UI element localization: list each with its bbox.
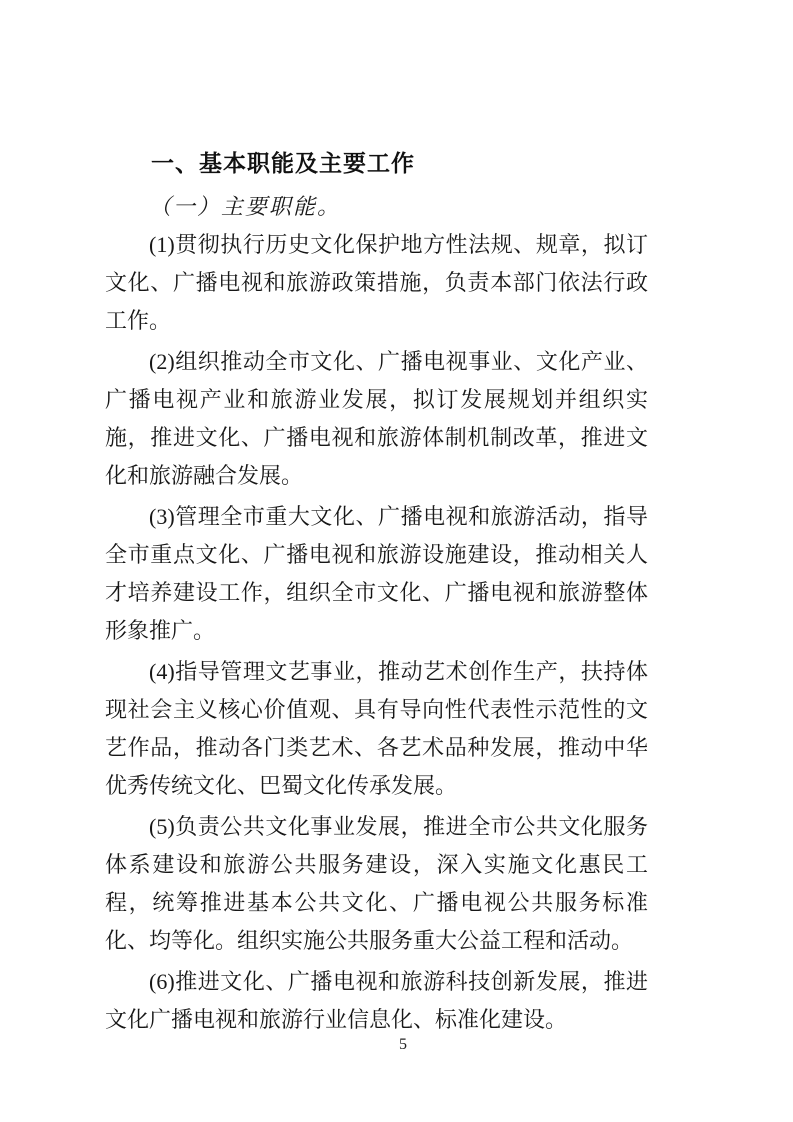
- paragraph: (5)负责公共文化事业发展，推进全市公共文化服务体系建设和旅游公共服务建设，深入…: [105, 808, 648, 960]
- body-paragraphs: (1)贯彻执行历史文化保护地方性法规、规章，拟订文化、广播电视和旅游政策措施，负…: [105, 226, 648, 1039]
- paragraph: (1)贯彻执行历史文化保护地方性法规、规章，拟订文化、广播电视和旅游政策措施，负…: [105, 226, 648, 340]
- paragraph: (3)管理全市重大文化、广播电视和旅游活动，指导全市重点文化、广播电视和旅游设施…: [105, 498, 648, 650]
- section-heading: 一、基本职能及主要工作: [105, 144, 648, 182]
- document-page: 一、基本职能及主要工作 （一）主要职能。 (1)贯彻执行历史文化保护地方性法规、…: [0, 0, 793, 1122]
- page-number: 5: [399, 1036, 407, 1054]
- document-content: 一、基本职能及主要工作 （一）主要职能。 (1)贯彻执行历史文化保护地方性法规、…: [105, 144, 648, 1042]
- paragraph: (2)组织推动全市文化、广播电视事业、文化产业、广播电视产业和旅游业发展，拟订发…: [105, 343, 648, 495]
- subsection-heading: （一）主要职能。: [105, 188, 648, 226]
- paragraph: (4)指导管理文艺事业，推动艺术创作生产，扶持体现社会主义核心价值观、具有导向性…: [105, 653, 648, 805]
- paragraph: (6)推进文化、广播电视和旅游科技创新发展，推进文化广播电视和旅游行业信息化、标…: [105, 963, 648, 1039]
